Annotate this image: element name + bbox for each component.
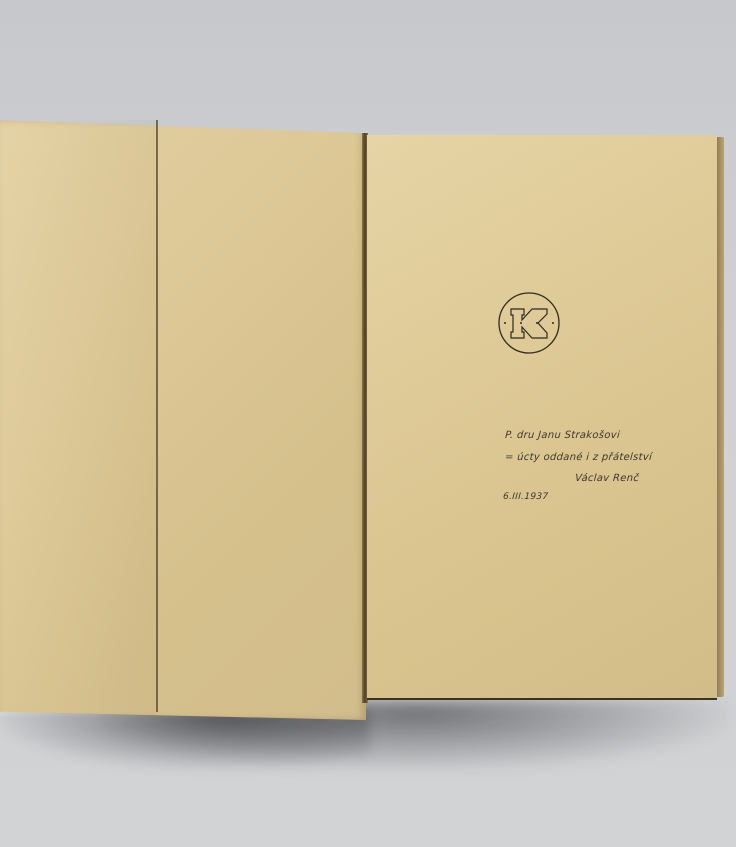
right-page (367, 135, 717, 700)
publisher-k-monogram-icon: K (497, 291, 561, 355)
dedication-line-2: = úcty oddané i z přátelství (505, 452, 653, 463)
endpaper-flap (0, 120, 156, 716)
dedication-date: 6.III.1937 (503, 492, 549, 502)
dedication-signature: Václav Renč (575, 473, 640, 484)
dedication-line-1: P. dru Janu Strakošovi (505, 430, 621, 441)
endpaper-fold-line (156, 120, 158, 712)
left-page-shadow (0, 710, 370, 770)
